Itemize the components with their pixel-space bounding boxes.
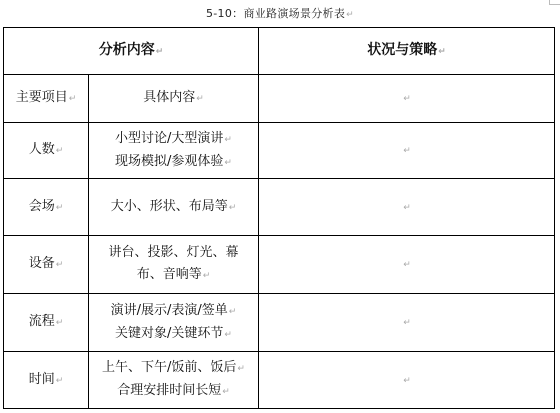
item-cell: 人数↵ — [4, 123, 89, 179]
paragraph-mark-icon: ↵ — [229, 307, 237, 317]
paragraph-mark-icon: ↵ — [156, 47, 164, 57]
paragraph-mark-icon: ↵ — [69, 94, 77, 104]
paragraph-mark-icon: ↵ — [403, 203, 411, 213]
paragraph-mark-icon: ↵ — [237, 364, 245, 374]
table-row: 人数↵ 小型讨论/大型演讲↵ 现场模拟/参观体验↵ ↵ — [4, 123, 555, 179]
content-cell: 上午、下午/饭前、饭后↵ 合理安排时间长短↵ — [89, 352, 259, 409]
content-cell: 大小、形状、布局等↵ — [89, 179, 259, 236]
item-cell: 时间↵ — [4, 352, 89, 409]
paragraph-mark-icon: ↵ — [403, 146, 411, 156]
strategy-cell[interactable]: ↵ — [259, 75, 555, 123]
strategy-cell[interactable]: ↵ — [259, 179, 555, 236]
paragraph-mark-icon: ↵ — [224, 135, 232, 145]
paragraph-mark-icon: ↵ — [56, 146, 64, 156]
paragraph-mark-icon: ↵ — [346, 10, 354, 20]
table-row: 流程↵ 演讲/展示/表演/签单↵ 关键对象/关键环节↵ ↵ — [4, 294, 555, 352]
paragraph-mark-icon: ↵ — [403, 94, 411, 104]
paragraph-mark-icon: ↵ — [403, 260, 411, 270]
strategy-cell[interactable]: ↵ — [259, 294, 555, 352]
paragraph-mark-icon: ↵ — [203, 271, 211, 281]
subheader-specific-content: 具体内容↵ — [89, 75, 259, 123]
scenario-analysis-table: 分析内容↵ 状况与策略↵ 主要项目↵ 具体内容↵ ↵ 人数↵ 小型讨论/大型演讲… — [3, 27, 555, 409]
paragraph-mark-icon: ↵ — [56, 318, 64, 328]
subheader-main-item: 主要项目↵ — [4, 75, 89, 123]
paragraph-mark-icon: ↵ — [196, 94, 204, 104]
paragraph-mark-icon: ↵ — [403, 318, 411, 328]
paragraph-mark-icon: ↵ — [229, 203, 237, 213]
paragraph-mark-icon: ↵ — [56, 260, 64, 270]
table-caption: 5-10：商业路演场景分析表↵ — [0, 5, 560, 21]
paragraph-mark-icon: ↵ — [224, 330, 232, 340]
item-cell: 会场↵ — [4, 179, 89, 236]
paragraph-mark-icon: ↵ — [56, 376, 64, 386]
table-row: 时间↵ 上午、下午/饭前、饭后↵ 合理安排时间长短↵ ↵ — [4, 352, 555, 409]
paragraph-mark-icon: ↵ — [222, 387, 230, 397]
content-cell: 讲台、投影、灯光、幕 布、音响等↵ — [89, 236, 259, 294]
table-row: 设备↵ 讲台、投影、灯光、幕 布、音响等↵ ↵ — [4, 236, 555, 294]
paragraph-mark-icon: ↵ — [403, 376, 411, 386]
header-analysis-content: 分析内容↵ — [4, 28, 259, 75]
content-cell: 小型讨论/大型演讲↵ 现场模拟/参观体验↵ — [89, 123, 259, 179]
header-status-strategy: 状况与策略↵ — [259, 28, 555, 75]
paragraph-mark-icon: ↵ — [224, 158, 232, 168]
caption-text: 5-10：商业路演场景分析表 — [206, 7, 345, 20]
strategy-cell[interactable]: ↵ — [259, 123, 555, 179]
strategy-cell[interactable]: ↵ — [259, 236, 555, 294]
item-cell: 流程↵ — [4, 294, 89, 352]
item-cell: 设备↵ — [4, 236, 89, 294]
paragraph-mark-icon: ↵ — [56, 203, 64, 213]
paragraph-mark-icon: ↵ — [438, 47, 446, 57]
subheader-row: 主要项目↵ 具体内容↵ ↵ — [4, 75, 555, 123]
table-row: 会场↵ 大小、形状、布局等↵ ↵ — [4, 179, 555, 236]
strategy-cell[interactable]: ↵ — [259, 352, 555, 409]
content-cell: 演讲/展示/表演/签单↵ 关键对象/关键环节↵ — [89, 294, 259, 352]
header-row: 分析内容↵ 状况与策略↵ — [4, 28, 555, 75]
